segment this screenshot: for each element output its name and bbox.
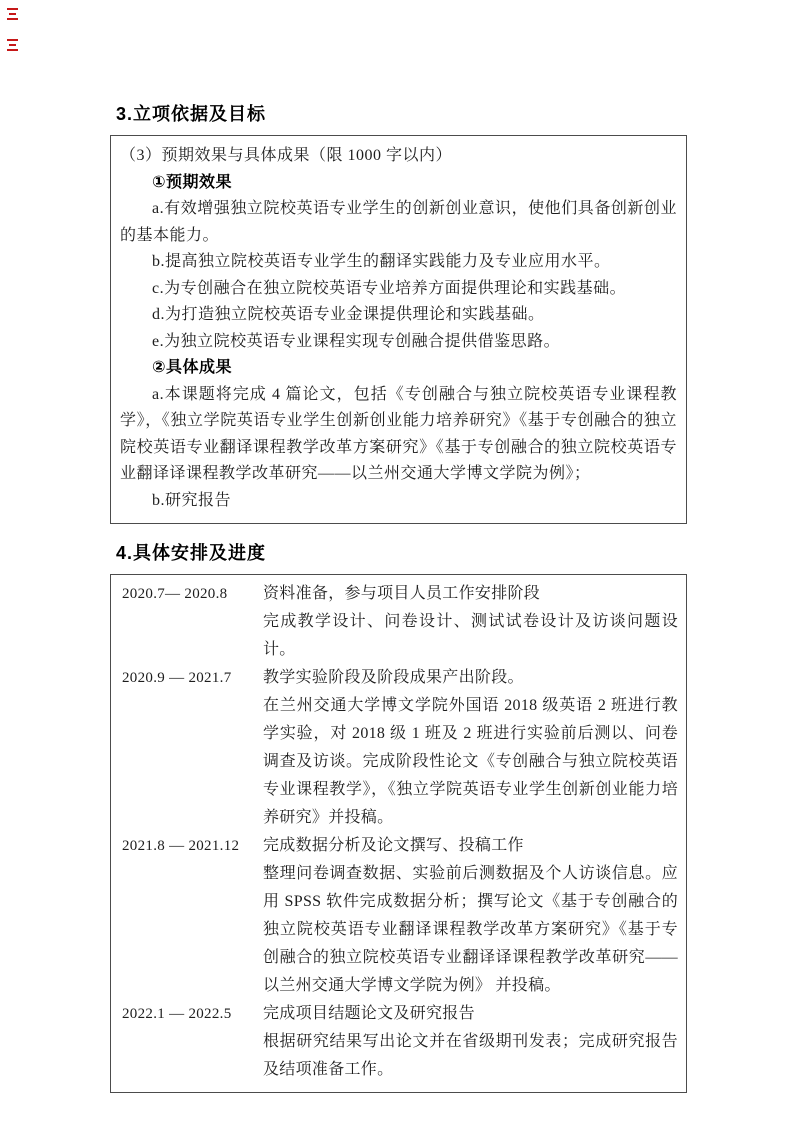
- schedule-phase-detail: 整理问卷调查数据、实验前后测数据及个人访谈信息。应用 SPSS 软件完成数据分析…: [263, 860, 678, 1000]
- section-4-heading: 4.具体安排及进度: [116, 539, 687, 565]
- schedule-period: 2022.1 — 2022.5: [111, 1000, 263, 1028]
- box-title: （3）预期效果与具体成果（限 1000 字以内）: [120, 143, 677, 170]
- schedule-row: 2020.9 — 2021.7 教学实验阶段及阶段成果产出阶段。 在兰州交通大学…: [111, 664, 678, 832]
- outcome-item: b.研究报告: [120, 488, 677, 515]
- schedule-box: 2020.7— 2020.8 资料准备，参与项目人员工作安排阶段 完成教学设计、…: [110, 574, 687, 1093]
- schedule-period: 2020.7— 2020.8: [111, 580, 263, 608]
- schedule-phase-title: 完成数据分析及论文撰写、投稿工作: [263, 832, 678, 860]
- document-content: 3.立项依据及目标 （3）预期效果与具体成果（限 1000 字以内） ①预期效果…: [110, 100, 687, 1093]
- effect-item: d.为打造独立院校英语专业金课提供理论和实践基础。: [120, 302, 677, 329]
- effect-item: c.为专创融合在独立院校英语专业培养方面提供理论和实践基础。: [120, 276, 677, 303]
- schedule-phase-title: 教学实验阶段及阶段成果产出阶段。: [263, 664, 678, 692]
- schedule-row: 2022.1 — 2022.5 完成项目结题论文及研究报告 根据研究结果写出论文…: [111, 1000, 678, 1084]
- red-mark-icon: [7, 7, 19, 20]
- document-page: 3.立项依据及目标 （3）预期效果与具体成果（限 1000 字以内） ①预期效果…: [0, 0, 793, 1122]
- schedule-phase-title: 资料准备，参与项目人员工作安排阶段: [263, 580, 678, 608]
- schedule-description: 完成项目结题论文及研究报告 根据研究结果写出论文并在省级期刊发表；完成研究报告及…: [263, 1000, 678, 1084]
- effect-item: b.提高独立院校英语专业学生的翻译实践能力及专业应用水平。: [120, 249, 677, 276]
- schedule-phase-detail: 完成教学设计、问卷设计、测试试卷设计及访谈问题设计。: [263, 608, 678, 664]
- schedule-phase-detail: 根据研究结果写出论文并在省级期刊发表；完成研究报告及结项准备工作。: [263, 1028, 678, 1084]
- schedule-row: 2021.8 — 2021.12 完成数据分析及论文撰写、投稿工作 整理问卷调查…: [111, 832, 678, 1000]
- outcome-item: a.本课题将完成 4 篇论文，包括《专创融合与独立院校英语专业课程教学》，《独立…: [120, 382, 677, 488]
- expected-results-box: （3）预期效果与具体成果（限 1000 字以内） ①预期效果 a.有效增强独立院…: [110, 135, 687, 524]
- schedule-description: 完成数据分析及论文撰写、投稿工作 整理问卷调查数据、实验前后测数据及个人访谈信息…: [263, 832, 678, 1000]
- schedule-description: 教学实验阶段及阶段成果产出阶段。 在兰州交通大学博文学院外国语 2018 级英语…: [263, 664, 678, 832]
- schedule-period: 2021.8 — 2021.12: [111, 832, 263, 860]
- red-mark-icon: [7, 38, 19, 51]
- schedule-phase-title: 完成项目结题论文及研究报告: [263, 1000, 678, 1028]
- concrete-outcomes-subheading: ②具体成果: [152, 355, 677, 382]
- effect-item: e.为独立院校英语专业课程实现专创融合提供借鉴思路。: [120, 329, 677, 356]
- schedule-phase-detail: 在兰州交通大学博文学院外国语 2018 级英语 2 班进行教学实验，对 2018…: [263, 692, 678, 832]
- schedule-period: 2020.9 — 2021.7: [111, 664, 263, 692]
- schedule-row: 2020.7— 2020.8 资料准备，参与项目人员工作安排阶段 完成教学设计、…: [111, 580, 678, 664]
- schedule-description: 资料准备，参与项目人员工作安排阶段 完成教学设计、问卷设计、测试试卷设计及访谈问…: [263, 580, 678, 664]
- expected-effects-subheading: ①预期效果: [152, 170, 677, 197]
- effect-item: a.有效增强独立院校英语专业学生的创新创业意识，使他们具备创新创业的基本能力。: [120, 196, 677, 249]
- section-3-heading: 3.立项依据及目标: [116, 100, 687, 126]
